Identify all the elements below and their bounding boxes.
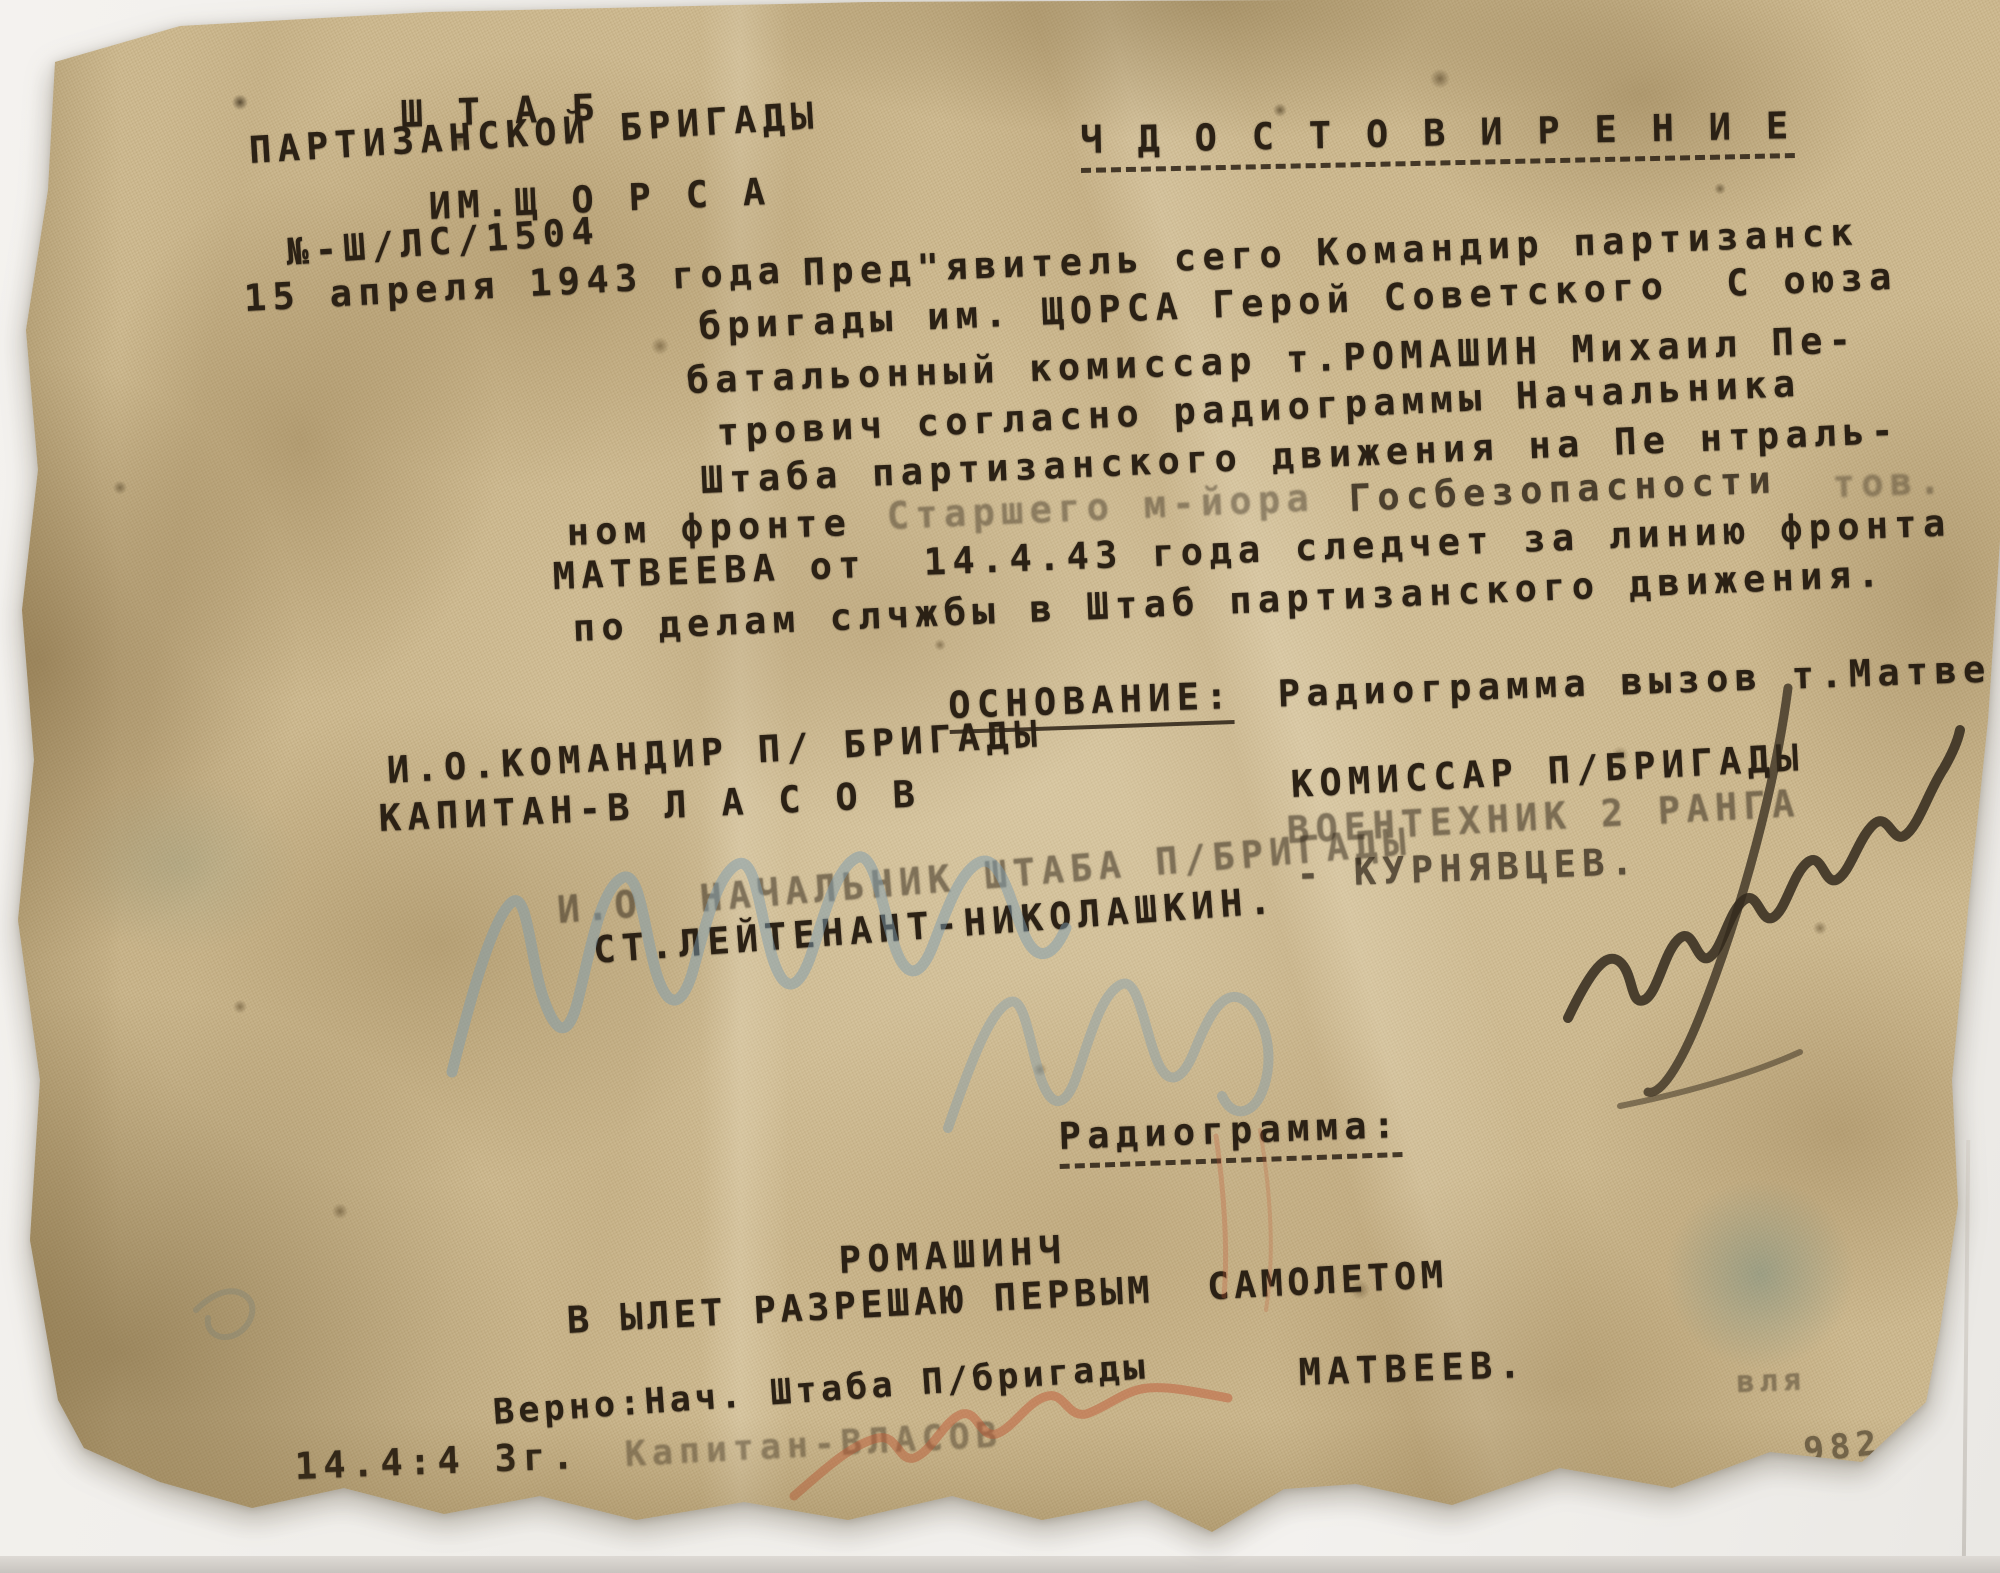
photo-backdrop: Ш Т А Б ПАРТИЗАНСКОЙ БРИГАДЫ ИМ.Щ О Р С … xyxy=(0,0,2000,1573)
commander-title-line: И.О.КОМАНДИР П/ БРИГАДЫ xyxy=(386,715,1044,789)
document-title: Ч Д О С Т О В И Р Е Н И Е xyxy=(1080,107,1795,173)
certification-line: Верно:Нач. Штаба П/бригады xyxy=(492,1350,1150,1431)
faint-number: 982. xyxy=(1802,1423,1910,1468)
radiogram-heading: Радиограмма: xyxy=(1058,1106,1402,1169)
faint-mark: вля xyxy=(1736,1366,1807,1398)
body-line-6a: ном фронте xyxy=(566,504,853,551)
pencil-mark-small xyxy=(196,1291,252,1337)
radiogram-addressee: РОМАШИНЧ xyxy=(838,1232,1068,1279)
certification-signer: Капитан-ВЛАСОВ xyxy=(624,1418,1004,1473)
ink-signature-tail xyxy=(1620,1052,1800,1106)
blue-pencil-signature-second xyxy=(948,983,1268,1128)
certification-date: 14.4:4 3г. xyxy=(294,1437,581,1485)
document-fabric: Ш Т А Б ПАРТИЗАНСКОЙ БРИГАДЫ ИМ.Щ О Р С … xyxy=(0,0,2000,1573)
basis-text: Радиограмма вызов т.Матвеева. xyxy=(1277,644,2000,716)
body-line-6d: тов. xyxy=(1832,462,1947,503)
document: Ш Т А Б ПАРТИЗАНСКОЙ БРИГАДЫ ИМ.Щ О Р С … xyxy=(0,0,2000,1573)
radiogram-sender: МАТВЕЕВ. xyxy=(1298,1346,1528,1391)
